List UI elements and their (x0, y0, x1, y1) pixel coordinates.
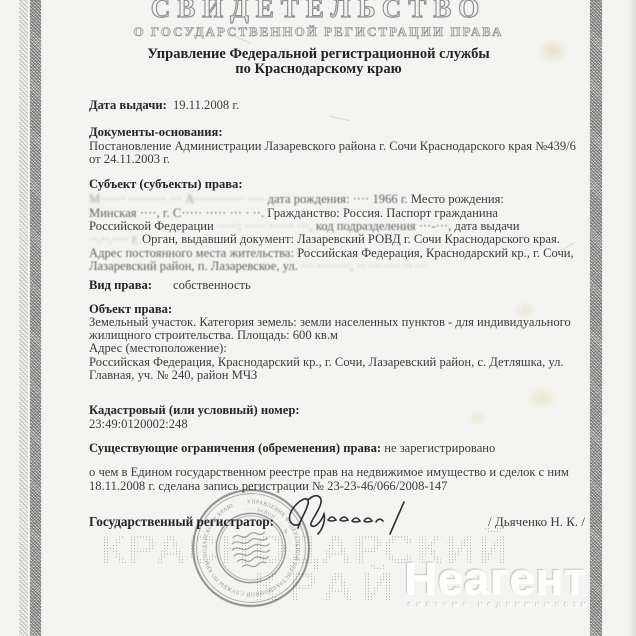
subject-line4: ··.··.···· г. Орган, выдавший документ: … (89, 233, 585, 246)
issuing-authority-line2: по Краснодарскому краю (48, 62, 589, 77)
smudged-text: Минская ····, г. С····· ····· ··· · ··. (89, 206, 267, 220)
redacted-text: ·····: ····· ······ ···, (214, 219, 316, 233)
issuing-authority-line1: Управление Федеральной регистрационной с… (48, 47, 589, 62)
scanned-certificate: СВИДЕТЕЛЬСТВО О ГОСУДАРСТВЕННОЙ РЕГИСТРА… (0, 0, 636, 636)
border-strip-left-outer (19, 0, 28, 636)
certificate-subtitle: О ГОСУДАРСТВЕННОЙ РЕГИСТРАЦИИ ПРАВА (48, 24, 589, 39)
redacted-text: М······ ········· ··· А············ ···· (89, 192, 268, 206)
subject-text: Российской Федерации (89, 219, 214, 233)
redacted-text: ··· ········, ·· ··· ···· ·· ··· (301, 259, 428, 273)
right-type-row: Вид права:собственность (89, 279, 585, 292)
issue-date-label: Дата выдачи: (89, 99, 173, 112)
subject-line6: Лазаревский район, п. Лазаревское, ул. ·… (89, 260, 585, 273)
border-strip-right (589, 0, 603, 636)
right-type-value: собственность (173, 278, 251, 292)
object-line4: Российская Федерация, Краснодарский кр.,… (89, 356, 585, 369)
cadastral-label: Кадастровый (или условный) номер: (89, 404, 585, 417)
subject-line1: М······ ········· ··· А············ ····… (89, 193, 585, 206)
object-line1: Земельный участок. Категория земель: зем… (89, 316, 585, 329)
stamp-center-emblem (229, 530, 273, 570)
registrar-signature (278, 490, 416, 542)
basis-line1: Постановление Администрации Лазаревского… (89, 140, 585, 153)
redacted-text: ··.··.···· г. (89, 232, 142, 246)
neagent-tagline: система недвижимости (408, 599, 591, 609)
object-line3: Адрес (местоположение): (89, 342, 585, 355)
neagent-logo: Неагент (404, 553, 587, 605)
subject-text: дата выдачи (454, 219, 519, 233)
subject-text: Гражданство: Россия. Паспорт гражданина (267, 206, 498, 220)
object-line2: жилищного строительства. Площадь: 600 кв… (89, 329, 585, 342)
subject-label: Субъект (субъекты) права: (89, 178, 585, 191)
scan-edge (628, 0, 636, 636)
subject-text: Российская Федерация, Краснодарский кр.,… (297, 246, 574, 260)
basis-label: Документы-основания: (89, 126, 585, 139)
object-line5: Главная, уч. № 240, район МЧЗ (89, 369, 585, 382)
smudged-text: дата рождения: ···· 1966 г. (268, 192, 411, 206)
subject-text: Орган, выдавший документ: Лазаревский РО… (142, 232, 560, 246)
cadastral-value: 23:49:0120002:248 (89, 418, 585, 431)
basis-line2: от 24.11.2003 г. (89, 153, 585, 166)
issue-date-value: 19.11.2008 г. (173, 98, 239, 112)
certificate-body: Дата выдачи:19.11.2008 г. Документы-осно… (89, 99, 585, 528)
smudged-text: код подразделения ···-···, (316, 219, 455, 233)
restrictions-label: Существующие ограничения (обременения) п… (89, 441, 381, 455)
right-type-label: Вид права: (89, 279, 173, 292)
smudged-text: Лазаревский район, п. Лазаревское, ул. (89, 259, 301, 273)
restrictions-value: не зарегистрировано (384, 441, 495, 455)
smudged-text: Адрес постоянного места жительства: (89, 246, 297, 260)
border-strip-left (29, 0, 42, 636)
certificate-title: СВИДЕТЕЛЬСТВО (48, 0, 589, 23)
issue-date-row: Дата выдачи:19.11.2008 г. (89, 99, 585, 112)
registrar-name: / Дьяченко Н. К. / (488, 515, 585, 528)
subject-line5: Адрес постоянного места жительства: Росс… (89, 247, 585, 260)
record-line1: о чем в Едином государственном реестре п… (89, 466, 585, 479)
object-label: Объект права: (89, 303, 585, 316)
subject-line3: Российской Федерации ·····: ····· ······… (89, 220, 585, 233)
restrictions-row: Существующие ограничения (обременения) п… (89, 442, 585, 455)
subject-text: Место рождения: (411, 192, 504, 206)
